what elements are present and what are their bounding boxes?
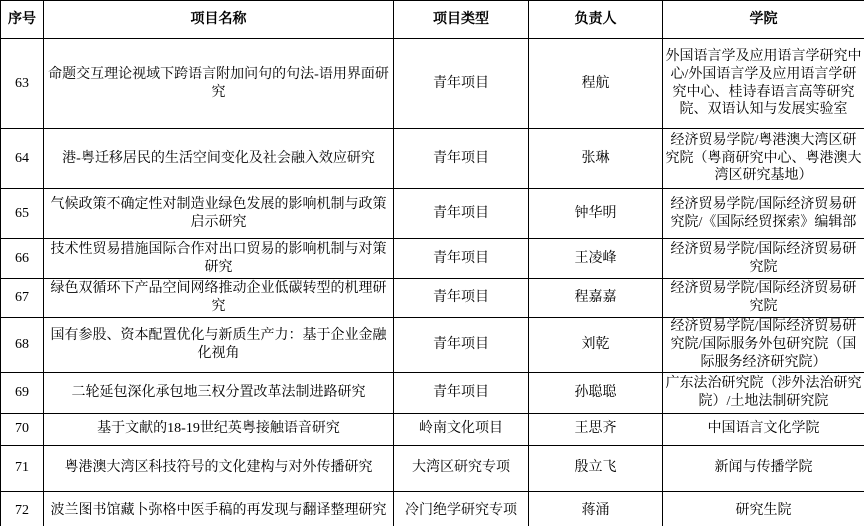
table-row: 69 二轮延包深化承包地三权分置改革法制进路研究 青年项目 孙聪聪 广东法治研究… <box>1 372 864 413</box>
cell-project-name: 二轮延包深化承包地三权分置改革法制进路研究 <box>44 372 394 413</box>
cell-college: 新闻与传播学院 <box>663 445 864 491</box>
cell-leader: 程航 <box>529 39 663 129</box>
cell-project-name: 国有参股、资本配置优化与新质生产力：基于企业金融化视角 <box>44 318 394 373</box>
cell-project-type: 青年项目 <box>394 318 529 373</box>
cell-project-name: 波兰图书馆藏卜弥格中医手稿的再发现与翻译整理研究 <box>44 491 394 526</box>
cell-no: 68 <box>1 318 44 373</box>
cell-no: 66 <box>1 239 44 279</box>
cell-project-name: 粤港澳大湾区科技符号的文化建构与对外传播研究 <box>44 445 394 491</box>
table-row: 70 基于文献的18-19世纪英粤接触语音研究 岭南文化项目 王思齐 中国语言文… <box>1 413 864 445</box>
cell-project-name: 气候政策不确定性对制造业绿色发展的影响机制与政策启示研究 <box>44 189 394 239</box>
cell-no: 71 <box>1 445 44 491</box>
cell-college: 经济贸易学院/粤港澳大湾区研究院（粤商研究中心、粤港澳大湾区研究基地） <box>663 129 864 189</box>
cell-leader: 程嘉嘉 <box>529 279 663 318</box>
projects-sheet: 序号 项目名称 项目类型 负责人 学院 63 命题交互理论视域下跨语言附加问句的… <box>0 0 864 526</box>
cell-project-type: 青年项目 <box>394 372 529 413</box>
table-row: 68 国有参股、资本配置优化与新质生产力：基于企业金融化视角 青年项目 刘乾 经… <box>1 318 864 373</box>
table-row: 66 技术性贸易措施国际合作对出口贸易的影响机制与对策研究 青年项目 王凌峰 经… <box>1 239 864 279</box>
cell-no: 65 <box>1 189 44 239</box>
header-college: 学院 <box>663 1 864 39</box>
table-row: 67 绿色双循环下产品空间网络推动企业低碳转型的机理研究 青年项目 程嘉嘉 经济… <box>1 279 864 318</box>
cell-college: 外国语言学及应用语言学研究中心/外国语言学及应用语言学研究中心、桂诗春语言高等研… <box>663 39 864 129</box>
cell-project-type: 大湾区研究专项 <box>394 445 529 491</box>
table-row: 64 港-粤迁移居民的生活空间变化及社会融入效应研究 青年项目 张琳 经济贸易学… <box>1 129 864 189</box>
cell-project-type: 青年项目 <box>394 39 529 129</box>
table-row: 65 气候政策不确定性对制造业绿色发展的影响机制与政策启示研究 青年项目 钟华明… <box>1 189 864 239</box>
cell-college: 广东法治研究院（涉外法治研究院）/土地法制研究院 <box>663 372 864 413</box>
cell-leader: 蒋涌 <box>529 491 663 526</box>
cell-project-name: 基于文献的18-19世纪英粤接触语音研究 <box>44 413 394 445</box>
cell-leader: 殷立飞 <box>529 445 663 491</box>
cell-leader: 张琳 <box>529 129 663 189</box>
cell-project-name: 技术性贸易措施国际合作对出口贸易的影响机制与对策研究 <box>44 239 394 279</box>
header-row: 序号 项目名称 项目类型 负责人 学院 <box>1 1 864 39</box>
cell-college: 经济贸易学院/国际经济贸易研究院 <box>663 279 864 318</box>
cell-college: 经济贸易学院/国际经济贸易研究院 <box>663 239 864 279</box>
cell-project-type: 青年项目 <box>394 279 529 318</box>
cell-project-type: 冷门绝学研究专项 <box>394 491 529 526</box>
cell-project-type: 青年项目 <box>394 129 529 189</box>
table-row: 63 命题交互理论视域下跨语言附加问句的句法-语用界面研究 青年项目 程航 外国… <box>1 39 864 129</box>
cell-project-name: 绿色双循环下产品空间网络推动企业低碳转型的机理研究 <box>44 279 394 318</box>
cell-no: 72 <box>1 491 44 526</box>
header-leader: 负责人 <box>529 1 663 39</box>
header-project-type: 项目类型 <box>394 1 529 39</box>
header-project-name: 项目名称 <box>44 1 394 39</box>
cell-no: 69 <box>1 372 44 413</box>
cell-leader: 钟华明 <box>529 189 663 239</box>
projects-table: 序号 项目名称 项目类型 负责人 学院 63 命题交互理论视域下跨语言附加问句的… <box>0 0 864 526</box>
cell-leader: 孙聪聪 <box>529 372 663 413</box>
cell-no: 70 <box>1 413 44 445</box>
cell-project-type: 岭南文化项目 <box>394 413 529 445</box>
header-no: 序号 <box>1 1 44 39</box>
cell-leader: 王凌峰 <box>529 239 663 279</box>
cell-leader: 刘乾 <box>529 318 663 373</box>
cell-college: 研究生院 <box>663 491 864 526</box>
cell-college: 经济贸易学院/国际经济贸易研究院/国际服务外包研究院（国际服务经济研究院） <box>663 318 864 373</box>
cell-no: 63 <box>1 39 44 129</box>
cell-no: 67 <box>1 279 44 318</box>
table-row: 72 波兰图书馆藏卜弥格中医手稿的再发现与翻译整理研究 冷门绝学研究专项 蒋涌 … <box>1 491 864 526</box>
table-row: 71 粤港澳大湾区科技符号的文化建构与对外传播研究 大湾区研究专项 殷立飞 新闻… <box>1 445 864 491</box>
cell-project-name: 港-粤迁移居民的生活空间变化及社会融入效应研究 <box>44 129 394 189</box>
cell-college: 中国语言文化学院 <box>663 413 864 445</box>
cell-leader: 王思齐 <box>529 413 663 445</box>
cell-project-type: 青年项目 <box>394 239 529 279</box>
cell-no: 64 <box>1 129 44 189</box>
cell-project-type: 青年项目 <box>394 189 529 239</box>
cell-college: 经济贸易学院/国际经济贸易研究院/《国际经贸探索》编辑部 <box>663 189 864 239</box>
cell-project-name: 命题交互理论视域下跨语言附加问句的句法-语用界面研究 <box>44 39 394 129</box>
